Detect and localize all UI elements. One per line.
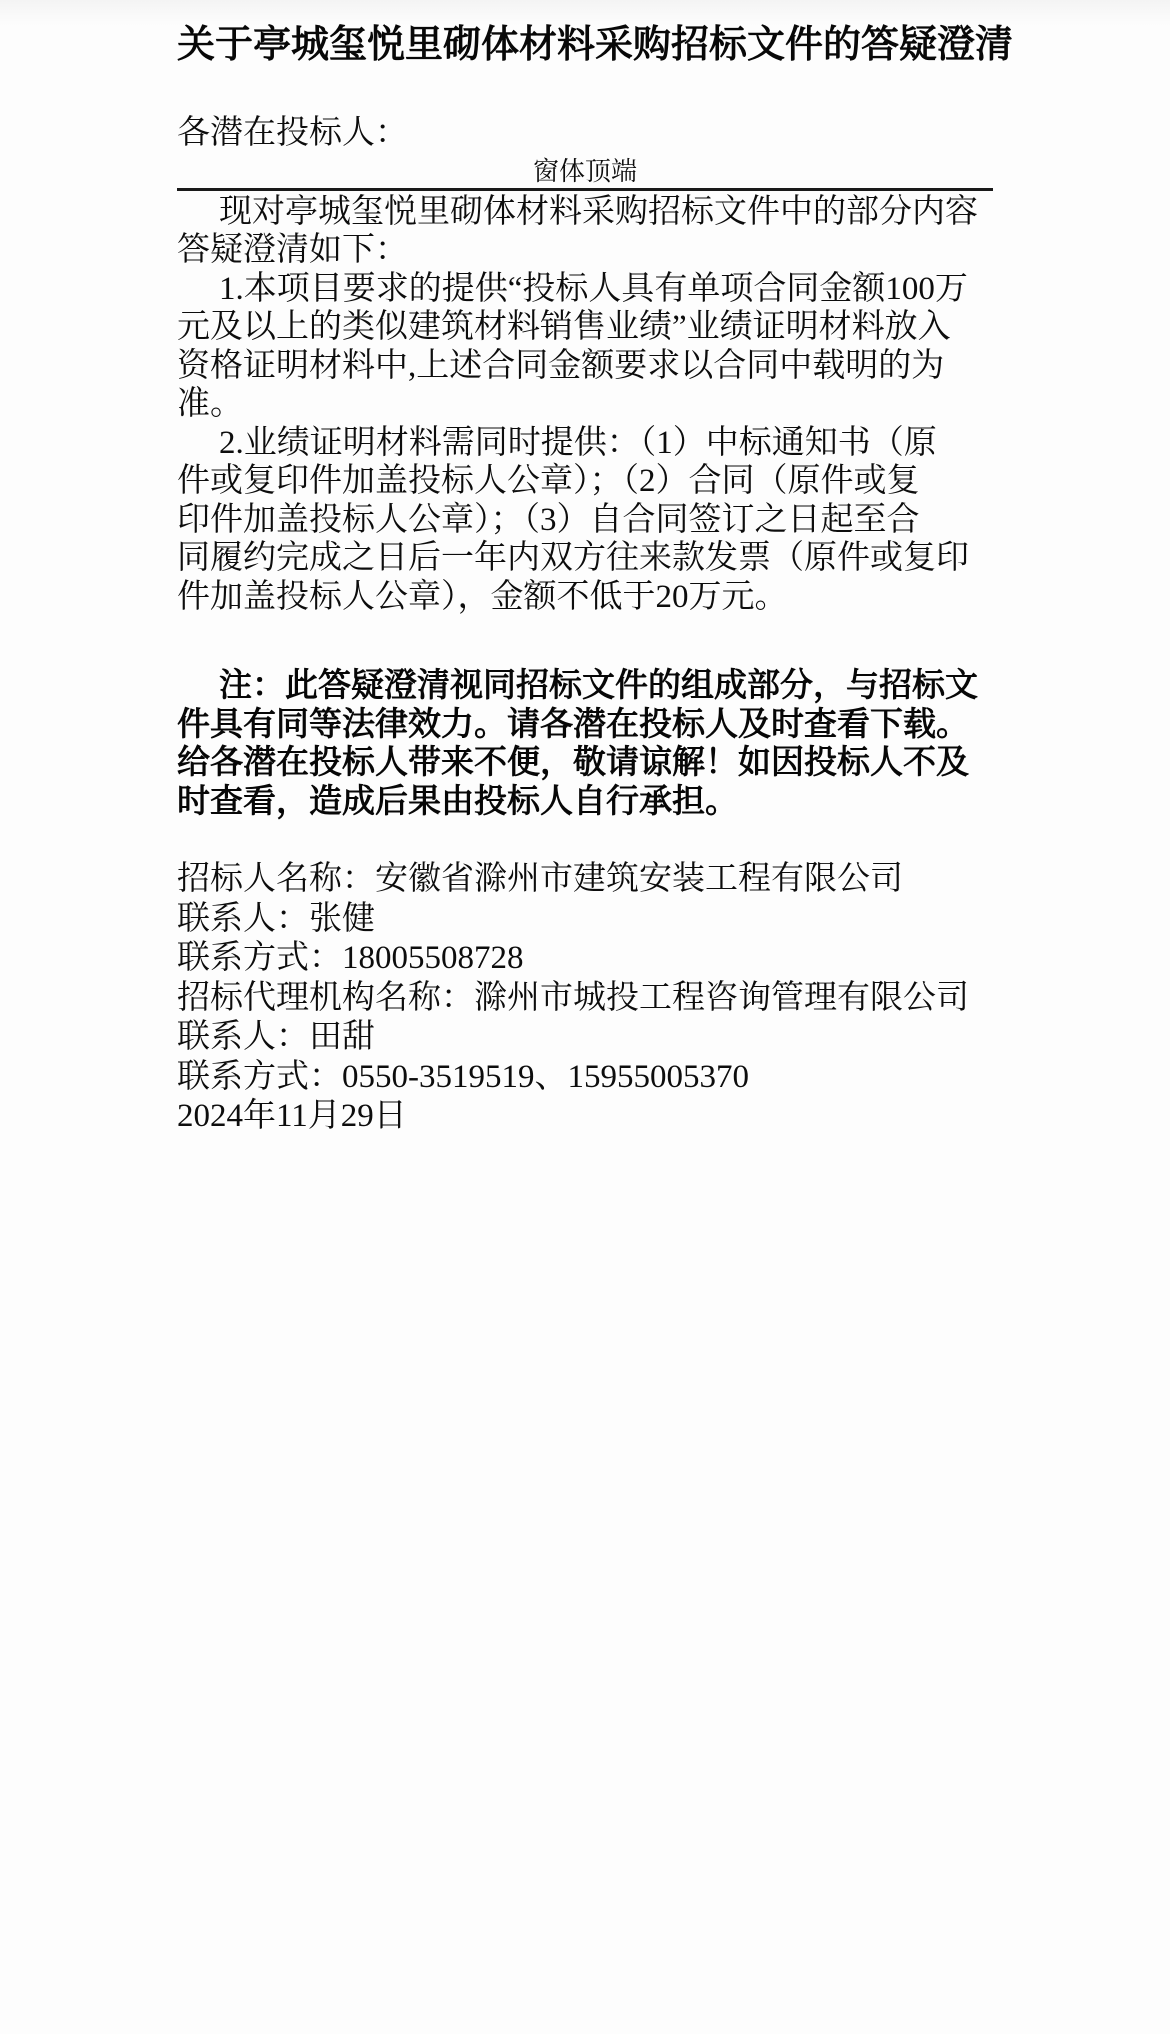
paragraph-line: 件加盖投标人公章），金额不低于20万元。: [177, 578, 993, 617]
paragraph-line: 准。: [177, 385, 993, 424]
spacer: [177, 616, 993, 666]
paragraph-line: 现对亭城玺悦里砌体材料采购招标文件中的部分内容: [177, 193, 993, 232]
date-line: 2024年11月29日: [177, 1097, 993, 1137]
note-line: 给各潜在投标人带来不便，敬请谅解！如因投标人不及: [177, 743, 993, 782]
form-top-label: 窗体顶端: [177, 156, 993, 187]
agency-phone-line: 联系方式：0550-3519519、15955005370: [177, 1058, 993, 1098]
paragraph-line: 元及以上的类似建筑材料销售业绩”业绩证明材料放入: [177, 308, 993, 347]
paragraph-line: 资格证明材料中,上述合同金额要求以合同中载明的为: [177, 347, 993, 386]
paragraph-line: 答疑澄清如下：: [177, 231, 993, 270]
paragraph-line: 1.本项目要求的提供“投标人具有单项合同金额100万: [177, 270, 993, 309]
contact-block: 招标人名称：安徽省滁州市建筑安装工程有限公司 联系人：张健 联系方式：18005…: [177, 860, 993, 1137]
paragraph-line: 2.业绩证明材料需同时提供：（1）中标通知书（原: [177, 424, 993, 463]
agency-name-line: 招标代理机构名称：滁州市城投工程咨询管理有限公司: [177, 979, 993, 1019]
note-paragraph: 注：此答疑澄清视同招标文件的组成部分，与招标文 件具有同等法律效力。请各潜在投标…: [177, 666, 993, 820]
note-line: 件具有同等法律效力。请各潜在投标人及时查看下载。: [177, 705, 993, 744]
document-content: 关于亭城玺悦里砌体材料采购招标文件的答疑澄清 各潜在投标人： 窗体顶端 现对亭城…: [0, 22, 1170, 1137]
agency-contact-person-line: 联系人：田甜: [177, 1018, 993, 1058]
horizontal-rule: [177, 188, 993, 191]
tenderer-name-line: 招标人名称：安徽省滁州市建筑安装工程有限公司: [177, 860, 993, 900]
contact-phone-line: 联系方式：18005508728: [177, 939, 993, 979]
contact-person-line: 联系人：张健: [177, 900, 993, 940]
document-page: 关于亭城玺悦里砌体材料采购招标文件的答疑澄清 各潜在投标人： 窗体顶端 现对亭城…: [0, 0, 1170, 2034]
salutation-line: 各潜在投标人：: [177, 114, 993, 153]
item2-paragraph: 2.业绩证明材料需同时提供：（1）中标通知书（原 件或复印件加盖投标人公章）；（…: [177, 424, 993, 617]
intro-paragraph: 现对亭城玺悦里砌体材料采购招标文件中的部分内容 答疑澄清如下：: [177, 193, 993, 270]
item1-paragraph: 1.本项目要求的提供“投标人具有单项合同金额100万 元及以上的类似建筑材料销售…: [177, 270, 993, 424]
note-line: 注：此答疑澄清视同招标文件的组成部分，与招标文: [177, 666, 993, 705]
note-line: 时查看，造成后果由投标人自行承担。: [177, 782, 993, 821]
spacer: [177, 820, 993, 860]
document-title: 关于亭城玺悦里砌体材料采购招标文件的答疑澄清: [177, 22, 993, 68]
paragraph-line: 印件加盖投标人公章）；（3）自合同签订之日起至合: [177, 501, 993, 540]
paragraph-line: 同履约完成之日后一年内双方往来款发票（原件或复印: [177, 539, 993, 578]
paragraph-line: 件或复印件加盖投标人公章）；（2）合同（原件或复: [177, 462, 993, 501]
